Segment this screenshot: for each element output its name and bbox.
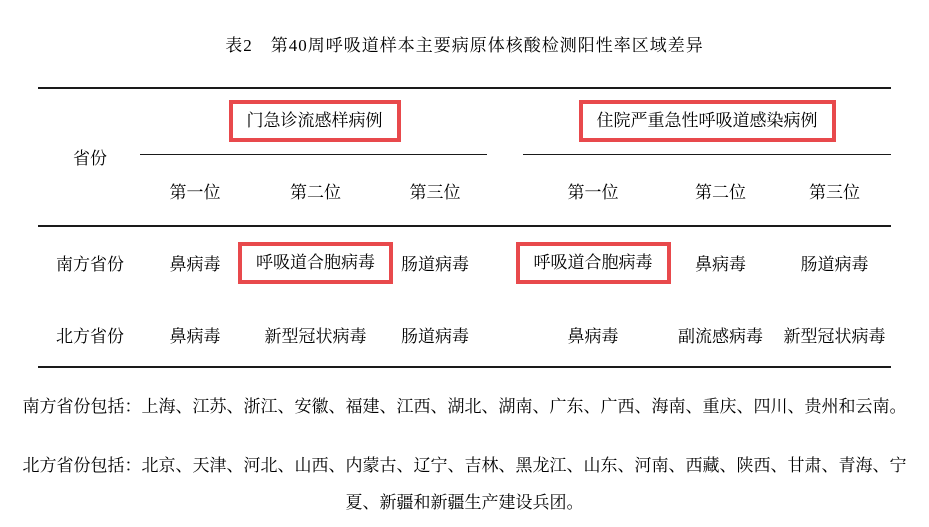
table-caption: 表2 第40周呼吸道样本主要病原体核酸检测阳性率区域差异 (0, 34, 929, 58)
group-header-hospitalized-sari: 住院严重急性呼吸道感染病例 (523, 87, 891, 155)
cell-south-outpatient-third: 肠道病毒 (383, 225, 487, 300)
cell-north-inpatient-third: 新型冠状病毒 (778, 300, 891, 368)
note-northern-provinces: 北方省份包括：北京、天津、河北、山西、内蒙古、辽宁、吉林、黑龙江、山东、河南、西… (17, 447, 913, 521)
cell-south-outpatient-second: 呼吸道合胞病毒 (248, 225, 383, 300)
rank-header-outpatient-first: 第一位 (142, 155, 248, 225)
rank-header-inpatient-second: 第二位 (663, 155, 778, 225)
rank-header-outpatient-third: 第三位 (383, 155, 487, 225)
data-table: 省份 门急诊流感样病例 住院严重急性呼吸道感染病例 第一位 第二位 第三位 第一… (38, 87, 891, 368)
rank-header-inpatient-third: 第三位 (778, 155, 891, 225)
group-header-outpatient-ili: 门急诊流感样病例 (142, 87, 487, 155)
highlight-box-south-inpatient-first: 呼吸道合胞病毒 (516, 242, 671, 284)
report-page: 表2 第40周呼吸道样本主要病原体核酸检测阳性率区域差异 省份 门急诊流感样病例… (0, 0, 929, 527)
cell-north-outpatient-third: 肠道病毒 (383, 300, 487, 368)
cell-south-inpatient-second: 鼻病毒 (663, 225, 778, 300)
cell-north-outpatient-first: 鼻病毒 (142, 300, 248, 368)
row-label-southern-provinces: 南方省份 (38, 225, 142, 300)
row-label-northern-provinces: 北方省份 (38, 300, 142, 368)
cell-south-inpatient-third: 肠道病毒 (778, 225, 891, 300)
highlight-box-outpatient-group: 门急诊流感样病例 (229, 100, 401, 142)
cell-south-outpatient-first: 鼻病毒 (142, 225, 248, 300)
cell-south-inpatient-first: 呼吸道合胞病毒 (523, 225, 663, 300)
cell-north-inpatient-first: 鼻病毒 (523, 300, 663, 368)
cell-north-inpatient-second: 副流感病毒 (663, 300, 778, 368)
table-grid: 省份 门急诊流感样病例 住院严重急性呼吸道感染病例 第一位 第二位 第三位 第一… (38, 87, 891, 368)
highlight-box-inpatient-group: 住院严重急性呼吸道感染病例 (579, 100, 836, 142)
rank-header-inpatient-first: 第一位 (523, 155, 663, 225)
cell-north-outpatient-second: 新型冠状病毒 (248, 300, 383, 368)
note-southern-provinces: 南方省份包括：上海、江苏、浙江、安徽、福建、江西、湖北、湖南、广东、广西、海南、… (15, 394, 914, 420)
province-column-header: 省份 (38, 87, 142, 225)
highlight-box-south-outpatient-second: 呼吸道合胞病毒 (238, 242, 393, 284)
rank-header-outpatient-second: 第二位 (248, 155, 383, 225)
